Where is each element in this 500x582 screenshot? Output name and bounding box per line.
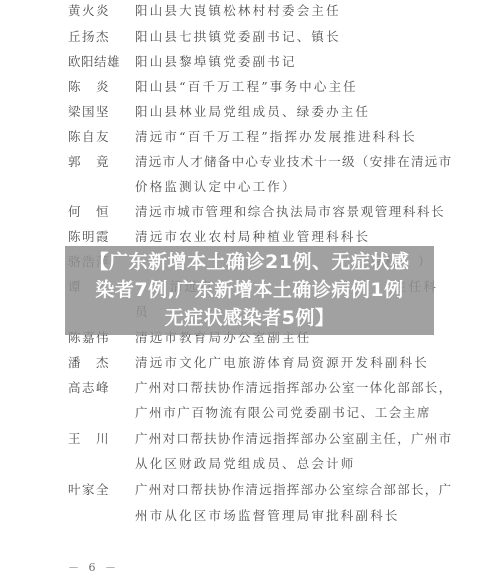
roster-row: 陈自友 清远市“百千万工程”指挥办发展推进科科长 xyxy=(0,127,500,147)
person-name: 梁国坚 xyxy=(68,102,110,122)
person-position-continuation: 州市从化区市场监督管理局审批科副科长 xyxy=(135,506,400,526)
roster-row: 陈 炎 阳山县“百千万工程”事务中心主任 xyxy=(0,77,500,97)
person-name: 王 川 xyxy=(68,429,110,449)
person-name: 丘扬杰 xyxy=(68,27,110,47)
roster-row: 梁国坚 阳山县林业局党组成员、绿委办主任 xyxy=(0,102,500,122)
person-position: 广州对口帮扶协作清远指挥部办公室综合部部长，广 xyxy=(135,480,452,500)
person-position-continuation: 广州市广百物流有限公司党委副书记、工会主席 xyxy=(135,403,431,423)
person-name: 郭 竟 xyxy=(68,152,110,172)
person-position: 阳山县“百千万工程”事务中心主任 xyxy=(135,77,358,97)
page-number: － 6 － xyxy=(68,559,119,575)
person-position: 广州对口帮扶协作清远指挥部办公室一体化部部长， xyxy=(135,378,452,398)
person-position-continuation: 从化区财政局党组成员、总会计师 xyxy=(135,454,356,474)
roster-row-continuation: 价格监测认定中心工作） xyxy=(0,177,500,197)
person-name: 陈自友 xyxy=(68,127,110,147)
headline-line: 【广东新增本土确诊21例、无症状感 xyxy=(65,248,434,276)
headline-text: 【广东新增本土确诊21例、无症状感 染者7例,广东新增本土确诊病例1例 无症状感… xyxy=(65,248,434,332)
roster-row: 陈明霞 清远市农业农村局种植业管理科科长 xyxy=(0,227,500,247)
person-position: 阳山县黎埠镇党委副书记 xyxy=(135,52,297,72)
person-position: 清远市文化广电旅游体育局资源开发科副科长 xyxy=(135,353,429,373)
person-position: 清远市农业农村局种植业管理科科长 xyxy=(135,227,370,247)
roster-row-continuation: 从化区财政局党组成员、总会计师 xyxy=(0,454,500,474)
person-position: 阳山县七拱镇党委副书记、镇长 xyxy=(135,27,341,47)
person-position: 阳山县大崀镇松林村村委会主任 xyxy=(135,1,341,21)
person-position: 清远市“百千万工程”指挥办发展推进科科长 xyxy=(135,127,417,147)
roster-row: 高志峰 广州对口帮扶协作清远指挥部办公室一体化部部长， xyxy=(0,378,500,398)
roster-row: 丘扬杰 阳山县七拱镇党委副书记、镇长 xyxy=(0,27,500,47)
person-name: 何 恒 xyxy=(68,202,110,222)
person-position: 广州对口帮扶协作清远指挥部办公室副主任，广州市 xyxy=(135,429,452,449)
person-name: 潘 杰 xyxy=(68,353,110,373)
person-position-continuation: 价格监测认定中心工作） xyxy=(135,177,297,197)
roster-row: 黄火炎 阳山县大崀镇松林村村委会主任 xyxy=(0,1,500,21)
person-name: 黄火炎 xyxy=(68,1,110,21)
roster-row-continuation: 州市从化区市场监督管理局审批科副科长 xyxy=(0,506,500,526)
person-position: 阳山县林业局党组成员、绿委办主任 xyxy=(135,102,370,122)
person-name: 叶家全 xyxy=(68,480,110,500)
person-name: 陈 炎 xyxy=(68,77,110,97)
roster-row: 郭 竟 清远市人才储备中心专业技术十一级（安排在清远市 xyxy=(0,152,500,172)
roster-row: 潘 杰 清远市文化广电旅游体育局资源开发科副科长 xyxy=(0,353,500,373)
person-position: 清远市人才储备中心专业技术十一级（安排在清远市 xyxy=(135,152,452,172)
roster-row: 王 川 广州对口帮扶协作清远指挥部办公室副主任，广州市 xyxy=(0,429,500,449)
person-name: 欧阳结雄 xyxy=(68,52,120,72)
headline-line: 染者7例,广东新增本土确诊病例1例 xyxy=(65,276,434,304)
roster-row: 欧阳结雄 阳山县黎埠镇党委副书记 xyxy=(0,52,500,72)
person-name: 高志峰 xyxy=(68,378,110,398)
headline-line: 无症状感染者5例】 xyxy=(65,304,434,332)
document-page: 黄火炎 阳山县大崀镇松林村村委会主任 丘扬杰 阳山县七拱镇党委副书记、镇长 欧阳… xyxy=(0,0,500,582)
person-position: 清远市城市管理和综合执法局市容景观管理科科长 xyxy=(135,202,445,222)
roster-row: 何 恒 清远市城市管理和综合执法局市容景观管理科科长 xyxy=(0,202,500,222)
roster-row: 叶家全 广州对口帮扶协作清远指挥部办公室综合部部长，广 xyxy=(0,480,500,500)
roster-row-continuation: 广州市广百物流有限公司党委副书记、工会主席 xyxy=(0,403,500,423)
person-name: 陈明霞 xyxy=(68,227,110,247)
